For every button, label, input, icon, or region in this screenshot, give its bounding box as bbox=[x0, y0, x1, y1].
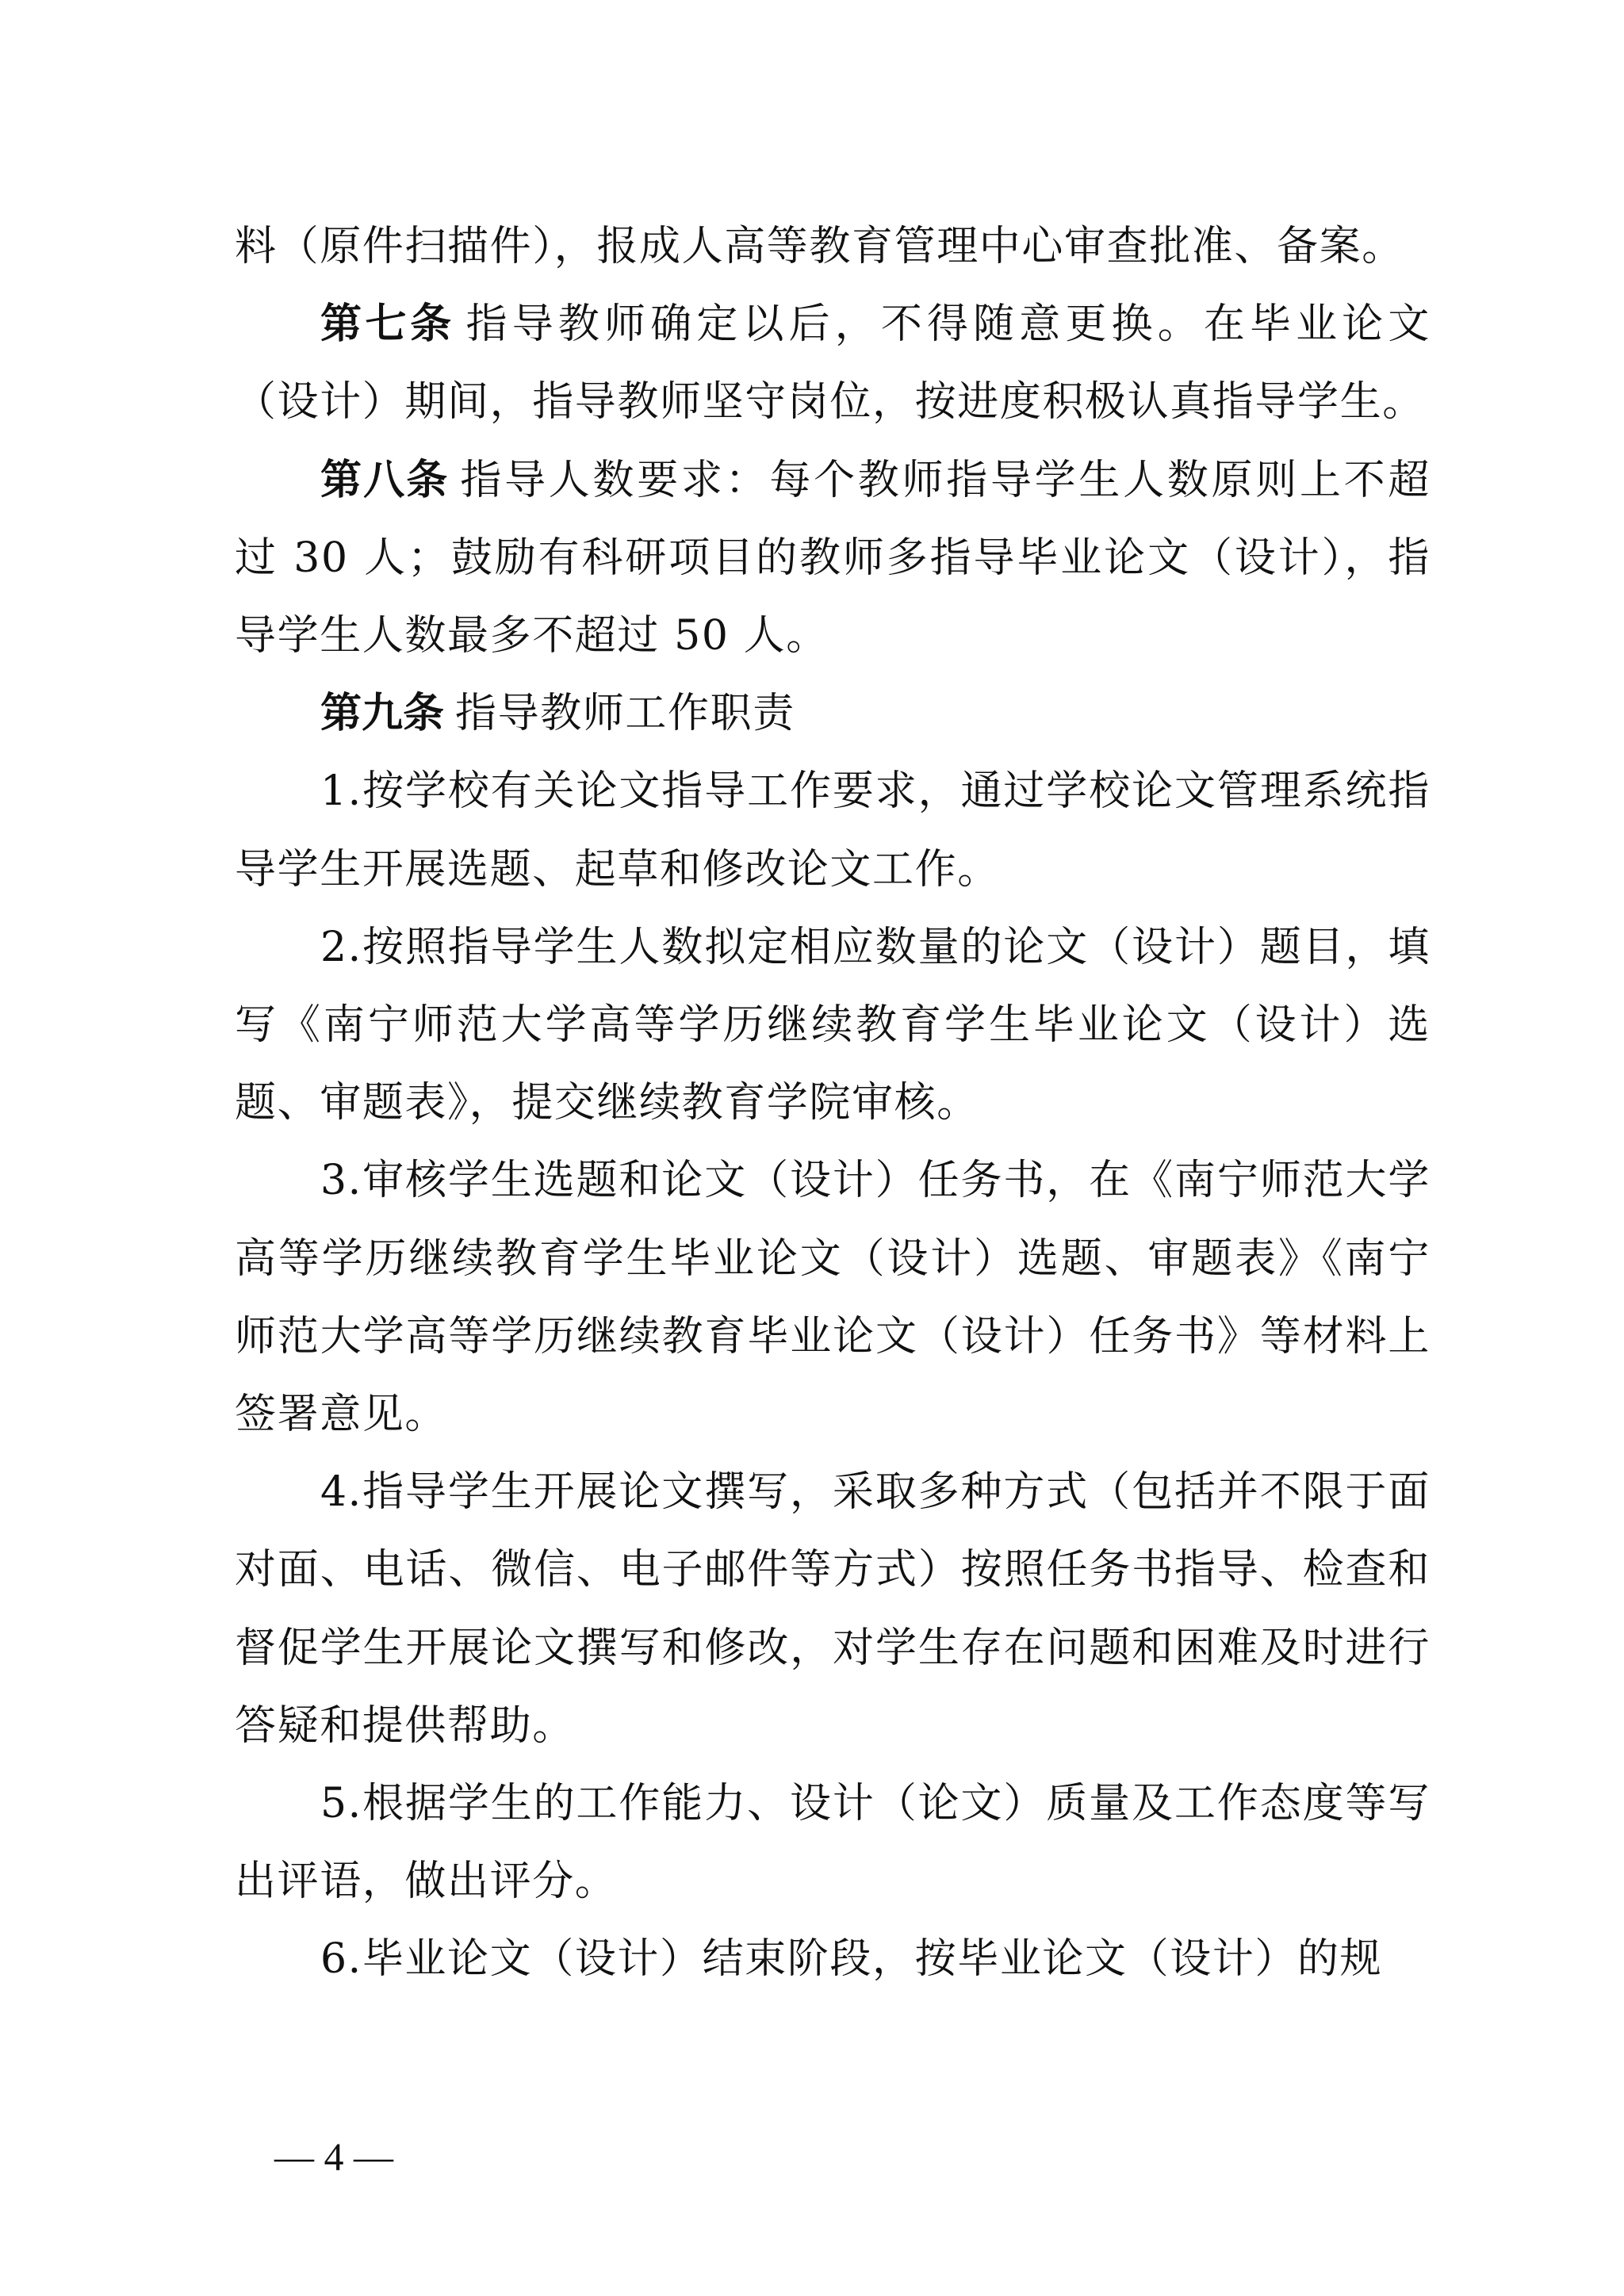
list-item-duty-2: 2.按照指导学生人数拟定相应数量的论文（设计）题目，填写《南宁师范大学高等学历继… bbox=[235, 909, 1431, 1142]
paragraph-text: 6.毕业论文（设计）结束阶段，按毕业论文（设计）的规 bbox=[320, 1935, 1382, 1983]
paragraph-text: 指导教师工作职责 bbox=[455, 690, 795, 737]
paragraph-text: 1.按学校有关论文指导工作要求，通过学校论文管理系统指导学生开展选题、起草和修改… bbox=[235, 767, 1431, 893]
paragraph-text: 3.审核学生选题和论文（设计）任务书，在《南宁师范大学高等学历继续教育学生毕业论… bbox=[235, 1157, 1431, 1438]
list-item-duty-4: 4.指导学生开展论文撰写，采取多种方式（包括并不限于面对面、电话、微信、电子邮件… bbox=[235, 1453, 1431, 1765]
paragraph-article-9: 第九条指导教师工作职责 bbox=[235, 675, 1431, 752]
article-label: 第八条 bbox=[320, 457, 449, 504]
paragraph-article-7: 第七条指导教师确定以后，不得随意更换。在毕业论文（设计）期间，指导教师坚守岗位，… bbox=[235, 285, 1431, 441]
article-label: 第七条 bbox=[320, 300, 455, 348]
paragraph-article-6-continuation: 料（原件扫描件），报成人高等教育管理中心审查批准、备案。 bbox=[235, 208, 1431, 285]
paragraph-text: 5.根据学生的工作能力、设计（论文）质量及工作态度等写出评语，做出评分。 bbox=[235, 1780, 1431, 1905]
document-page: 料（原件扫描件），报成人高等教育管理中心审查批准、备案。 第七条指导教师确定以后… bbox=[235, 208, 1431, 1999]
list-item-duty-6: 6.毕业论文（设计）结束阶段，按毕业论文（设计）的规 bbox=[235, 1920, 1431, 1998]
paragraph-text: 4.指导学生开展论文撰写，采取多种方式（包括并不限于面对面、电话、微信、电子邮件… bbox=[235, 1468, 1431, 1750]
list-item-duty-1: 1.按学校有关论文指导工作要求，通过学校论文管理系统指导学生开展选题、起草和修改… bbox=[235, 752, 1431, 908]
article-label: 第九条 bbox=[320, 690, 444, 737]
page-number: — 4 — bbox=[274, 2133, 393, 2180]
list-item-duty-3: 3.审核学生选题和论文（设计）任务书，在《南宁师范大学高等学历继续教育学生毕业论… bbox=[235, 1142, 1431, 1453]
paragraph-text: 料（原件扫描件），报成人高等教育管理中心审查批准、备案。 bbox=[235, 223, 1404, 270]
list-item-duty-5: 5.根据学生的工作能力、设计（论文）质量及工作态度等写出评语，做出评分。 bbox=[235, 1765, 1431, 1920]
paragraph-text: 2.按照指导学生人数拟定相应数量的论文（设计）题目，填写《南宁师范大学高等学历继… bbox=[235, 924, 1431, 1127]
paragraph-article-8: 第八条指导人数要求：每个教师指导学生人数原则上不超过 30 人；鼓励有科研项目的… bbox=[235, 442, 1431, 675]
